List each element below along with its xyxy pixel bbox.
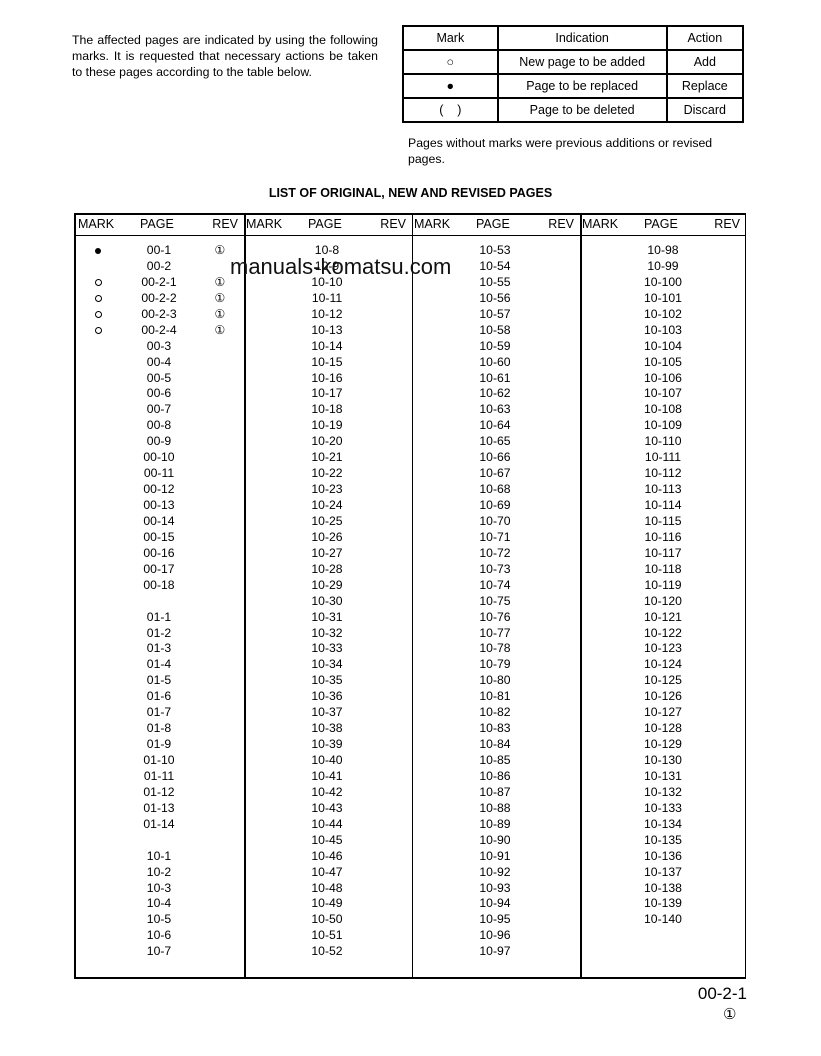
page-cell: 10-122 [620,625,706,641]
table-row: 10-94 [412,895,580,911]
page-cell: 10-11 [284,290,370,306]
table-row: 10-6 [76,927,244,943]
page-cell: 10-27 [284,545,370,561]
page-cell: 10-74 [452,577,538,593]
page-cell: 10-66 [452,449,538,465]
column-header: MARKPAGEREV [412,217,580,235]
column-header-page: PAGE [140,217,174,231]
page-cell: 00-7 [116,401,202,417]
page-cell: 10-54 [452,258,538,274]
page-cell: 10-114 [620,497,706,513]
table-row: 00-9 [76,433,244,449]
legend-action: Discard [667,98,743,122]
page-cell: 10-98 [620,242,706,258]
page-cell: 10-33 [284,640,370,656]
table-row: 01-7 [76,704,244,720]
table-row: 10-2 [76,864,244,880]
page-cell: 10-138 [620,880,706,896]
open-circle-icon [80,322,116,338]
page-cell: 10-125 [620,672,706,688]
table-row: 10-63 [412,401,580,417]
page-cell: 00-3 [116,338,202,354]
table-row: 01-9 [76,736,244,752]
page-cell: 10-1 [116,848,202,864]
column-group: MARKPAGEREV10-9810-9910-10010-10110-1021… [580,215,746,977]
column-header-mark: MARK [246,217,282,231]
page-cell: 10-130 [620,752,706,768]
table-row: 10-116 [580,529,746,545]
rows: 00-1①00-200-2-1①00-2-2①00-2-3①00-2-4①00-… [76,242,244,959]
page-cell: 10-49 [284,895,370,911]
table-row: 10-42 [244,784,412,800]
page-cell: 10-43 [284,800,370,816]
table-row: 01-14 [76,816,244,832]
table-row: 10-65 [412,433,580,449]
table-row: 10-131 [580,768,746,784]
page-cell: 10-52 [284,943,370,959]
page-cell: 10-38 [284,720,370,736]
table-row: 10-18 [244,401,412,417]
column-header-mark: MARK [582,217,618,231]
table-row: 10-106 [580,370,746,386]
page-cell: 10-42 [284,784,370,800]
page-cell: 10-36 [284,688,370,704]
page-cell: 00-2-2 [116,290,202,306]
page-cell: 00-15 [116,529,202,545]
page-cell: 10-34 [284,656,370,672]
page-cell: 10-22 [284,465,370,481]
page-cell: 00-2 [116,258,202,274]
page-cell: 10-3 [116,880,202,896]
table-row: 10-38 [244,720,412,736]
table-row: 10-110 [580,433,746,449]
table-row: 10-39 [244,736,412,752]
page-cell: 10-72 [452,545,538,561]
table-row: 10-57 [412,306,580,322]
table-row [76,832,244,848]
table-row: 01-8 [76,720,244,736]
page-cell: 10-23 [284,481,370,497]
table-row: 10-123 [580,640,746,656]
table-row: 00-18 [76,577,244,593]
page-cell: 10-75 [452,593,538,609]
table-row: 10-109 [580,417,746,433]
page-cell: 10-40 [284,752,370,768]
page-cell: 10-136 [620,848,706,864]
page-cell: 10-121 [620,609,706,625]
table-row: 01-11 [76,768,244,784]
table-row: 10-64 [412,417,580,433]
page-cell: 10-128 [620,720,706,736]
page-cell: 10-135 [620,832,706,848]
table-row: 10-137 [580,864,746,880]
table-row: 10-102 [580,306,746,322]
page-cell: 10-45 [284,832,370,848]
table-row: 10-7 [76,943,244,959]
table-row: 10-44 [244,816,412,832]
page-cell: 10-24 [284,497,370,513]
page-cell: 10-56 [452,290,538,306]
page-cell: 10-16 [284,370,370,386]
legend-indication: Page to be replaced [498,74,667,98]
page-cell: 10-81 [452,688,538,704]
page-cell: 10-129 [620,736,706,752]
page-cell: 10-82 [452,704,538,720]
page-cell: 00-10 [116,449,202,465]
table-row: 00-15 [76,529,244,545]
page-cell: 10-5 [116,911,202,927]
table-row: 10-19 [244,417,412,433]
page-cell: 10-62 [452,385,538,401]
table-row: 10-111 [580,449,746,465]
column-header: MARKPAGEREV [244,217,412,235]
open-circle-icon [80,306,116,322]
page-cell: 10-31 [284,609,370,625]
page-cell: 10-63 [452,401,538,417]
table-row: 10-15 [244,354,412,370]
page-cell: 01-5 [116,672,202,688]
page-cell: 10-44 [284,816,370,832]
table-row: 10-119 [580,577,746,593]
page-cell: 10-80 [452,672,538,688]
page-cell: 10-103 [620,322,706,338]
table-row: 10-103 [580,322,746,338]
rows: 10-9810-9910-10010-10110-10210-10310-104… [580,242,746,927]
table-row: 10-120 [580,593,746,609]
table-row [76,593,244,609]
page-cell: 10-58 [452,322,538,338]
page-cell: 10-2 [116,864,202,880]
page-cell: 10-48 [284,880,370,896]
table-row: 10-127 [580,704,746,720]
page-cell: 01-4 [116,656,202,672]
table-row: 00-7 [76,401,244,417]
page-cell: 10-19 [284,417,370,433]
table-row: 10-91 [412,848,580,864]
page-cell: 10-13 [284,322,370,338]
page-cell: 10-37 [284,704,370,720]
table-row: 01-13 [76,800,244,816]
table-row: 10-96 [412,927,580,943]
page-cell: 10-83 [452,720,538,736]
page-cell: 00-13 [116,497,202,513]
parentheses-icon: ( ) [403,98,498,122]
table-row: 10-4 [76,895,244,911]
page-cell: 00-2-1 [116,274,202,290]
header-divider [580,235,746,236]
table-row: 10-74 [412,577,580,593]
column-header-page: PAGE [308,217,342,231]
page-cell: 10-91 [452,848,538,864]
page-cell: 01-9 [116,736,202,752]
list-title: LIST OF ORIGINAL, NEW AND REVISED PAGES [0,186,821,200]
table-row: 10-136 [580,848,746,864]
table-row: 10-100 [580,274,746,290]
page-cell: 01-8 [116,720,202,736]
page-cell: 10-65 [452,433,538,449]
page-cell: 10-87 [452,784,538,800]
page-cell: 10-111 [620,449,706,465]
page-cell: 10-127 [620,704,706,720]
table-row: 10-22 [244,465,412,481]
page-cell: 10-78 [452,640,538,656]
pages-list-table: MARKPAGEREV00-1①00-200-2-1①00-2-2①00-2-3… [74,213,746,979]
table-row: 10-108 [580,401,746,417]
table-row: 10-5 [76,911,244,927]
page-cell: 10-73 [452,561,538,577]
page-cell: 10-109 [620,417,706,433]
page-cell: 10-101 [620,290,706,306]
table-row: 10-23 [244,481,412,497]
legend-action: Replace [667,74,743,98]
table-row: 10-80 [412,672,580,688]
table-row: 10-90 [412,832,580,848]
page-cell: 00-4 [116,354,202,370]
open-circle-icon [80,274,116,290]
page-cell: 01-10 [116,752,202,768]
page-cell: 10-120 [620,593,706,609]
table-row: 00-5 [76,370,244,386]
page-cell: 00-18 [116,577,202,593]
page-cell: 10-18 [284,401,370,417]
rows: 10-5310-5410-5510-5610-5710-5810-5910-60… [412,242,580,959]
table-row: 10-32 [244,625,412,641]
table-row: 10-130 [580,752,746,768]
filled-circle-icon: ● [403,74,498,98]
table-row: 10-84 [412,736,580,752]
page-cell: 10-7 [116,943,202,959]
table-row: 10-62 [412,385,580,401]
page-cell: 10-118 [620,561,706,577]
table-row: 10-45 [244,832,412,848]
table-row: 10-51 [244,927,412,943]
page-cell: 10-102 [620,306,706,322]
rev-cell: ① [202,306,238,322]
page-cell: 10-25 [284,513,370,529]
table-row: 01-5 [76,672,244,688]
table-row: 10-97 [412,943,580,959]
legend-note: Pages without marks were previous additi… [408,135,748,167]
page-cell: 10-28 [284,561,370,577]
table-row: 10-68 [412,481,580,497]
table-row: 10-3 [76,880,244,896]
table-row: 10-46 [244,848,412,864]
table-row: 10-26 [244,529,412,545]
table-row: 00-4 [76,354,244,370]
column-header-rev: REV [714,217,740,231]
page-cell: 10-84 [452,736,538,752]
page-cell: 00-11 [116,465,202,481]
page-cell: 00-6 [116,385,202,401]
legend-indication: Page to be deleted [498,98,667,122]
page-cell: 01-13 [116,800,202,816]
table-row: 00-12 [76,481,244,497]
page-cell: 10-140 [620,911,706,927]
page-cell: 10-112 [620,465,706,481]
page-cell: 00-1 [116,242,202,258]
table-row: 10-33 [244,640,412,656]
page-cell: 00-17 [116,561,202,577]
table-row: 00-11 [76,465,244,481]
page-cell: 10-99 [620,258,706,274]
page-cell: 01-6 [116,688,202,704]
page-revision-mark: ① [723,1005,736,1023]
table-row: 10-126 [580,688,746,704]
table-row: 10-20 [244,433,412,449]
table-row: 10-56 [412,290,580,306]
table-row: 10-41 [244,768,412,784]
page-cell: 10-96 [452,927,538,943]
page-cell: 10-53 [452,242,538,258]
page-cell: 10-15 [284,354,370,370]
table-row: 10-69 [412,497,580,513]
table-row: 10-58 [412,322,580,338]
page-cell: 10-133 [620,800,706,816]
table-row: 10-27 [244,545,412,561]
column-header-page: PAGE [476,217,510,231]
table-row: 10-138 [580,880,746,896]
table-row: 10-79 [412,656,580,672]
page-cell: 10-51 [284,927,370,943]
table-row: 10-47 [244,864,412,880]
table-row: 10-89 [412,816,580,832]
table-row: 10-122 [580,625,746,641]
table-row: 10-125 [580,672,746,688]
table-row: 10-66 [412,449,580,465]
page-cell: 10-79 [452,656,538,672]
column-group: MARKPAGEREV10-810-910-1010-1110-1210-131… [244,215,413,977]
page-cell: 01-3 [116,640,202,656]
table-row: 00-2 [76,258,244,274]
table-row: 01-6 [76,688,244,704]
page-cell: 10-71 [452,529,538,545]
page-cell: 10-137 [620,864,706,880]
page-cell: 01-12 [116,784,202,800]
table-row: 10-28 [244,561,412,577]
page-cell: 10-64 [452,417,538,433]
table-row: 10-117 [580,545,746,561]
table-row: 10-92 [412,864,580,880]
page-cell: 10-107 [620,385,706,401]
page-cell: 01-1 [116,609,202,625]
open-circle-icon [80,290,116,306]
table-row: 10-16 [244,370,412,386]
page-cell: 10-85 [452,752,538,768]
page-cell: 00-12 [116,481,202,497]
table-row: 01-12 [76,784,244,800]
page-cell: 10-95 [452,911,538,927]
page-cell: 10-30 [284,593,370,609]
table-row: 10-30 [244,593,412,609]
table-row: 01-2 [76,625,244,641]
page-cell: 10-60 [452,354,538,370]
table-row: 10-114 [580,497,746,513]
table-row: 01-10 [76,752,244,768]
page-cell: 10-94 [452,895,538,911]
table-row: 00-2-3① [76,306,244,322]
table-row: 10-37 [244,704,412,720]
table-row: 10-34 [244,656,412,672]
page-cell: 00-9 [116,433,202,449]
table-row: 10-81 [412,688,580,704]
page-cell: 10-90 [452,832,538,848]
table-row: 10-87 [412,784,580,800]
table-row: 10-104 [580,338,746,354]
intro-text: The affected pages are indicated by usin… [72,32,378,80]
page-cell: 00-2-4 [116,322,202,338]
column-header: MARKPAGEREV [580,217,746,235]
table-row: 10-124 [580,656,746,672]
legend-header-mark: Mark [403,26,498,50]
page-cell: 10-97 [452,943,538,959]
table-row: 10-25 [244,513,412,529]
table-row: 00-8 [76,417,244,433]
table-row: 10-76 [412,609,580,625]
header-divider [412,235,580,236]
page-cell: 10-41 [284,768,370,784]
legend-row: ( ) Page to be deleted Discard [403,98,743,122]
page-cell: 10-110 [620,433,706,449]
table-row: 10-21 [244,449,412,465]
table-row: 10-82 [412,704,580,720]
page-cell: 10-88 [452,800,538,816]
page-cell: 10-76 [452,609,538,625]
table-row: 10-93 [412,880,580,896]
table-row: 10-36 [244,688,412,704]
page-cell: 10-77 [452,625,538,641]
table-row: 10-133 [580,800,746,816]
page-cell: 10-139 [620,895,706,911]
page-cell: 10-69 [452,497,538,513]
table-row: 00-6 [76,385,244,401]
table-row: 10-17 [244,385,412,401]
column-header-mark: MARK [414,217,450,231]
table-row: 10-85 [412,752,580,768]
table-row: 00-17 [76,561,244,577]
table-row: 10-101 [580,290,746,306]
page-cell: 10-119 [620,577,706,593]
table-row: 10-14 [244,338,412,354]
page-cell: 10-106 [620,370,706,386]
legend-indication: New page to be added [498,50,667,74]
table-row: 10-86 [412,768,580,784]
page-cell: 10-131 [620,768,706,784]
table-row: 10-121 [580,609,746,625]
page-cell: 01-11 [116,768,202,784]
table-row: 00-2-2① [76,290,244,306]
table-row: 10-77 [412,625,580,641]
table-row: 10-128 [580,720,746,736]
table-row: 10-118 [580,561,746,577]
page-cell: 00-5 [116,370,202,386]
page-cell: 10-17 [284,385,370,401]
table-row: 10-72 [412,545,580,561]
page-cell: 10-115 [620,513,706,529]
page-cell: 10-57 [452,306,538,322]
table-row: 10-78 [412,640,580,656]
page-number: 00-2-1 [698,984,747,1004]
page-cell: 10-100 [620,274,706,290]
table-row: 10-61 [412,370,580,386]
page-cell: 10-68 [452,481,538,497]
column-header-rev: REV [548,217,574,231]
column-header-page: PAGE [644,217,678,231]
table-row: 10-135 [580,832,746,848]
page-cell: 10-92 [452,864,538,880]
table-row: 10-112 [580,465,746,481]
table-row: 10-49 [244,895,412,911]
table-row: 10-140 [580,911,746,927]
